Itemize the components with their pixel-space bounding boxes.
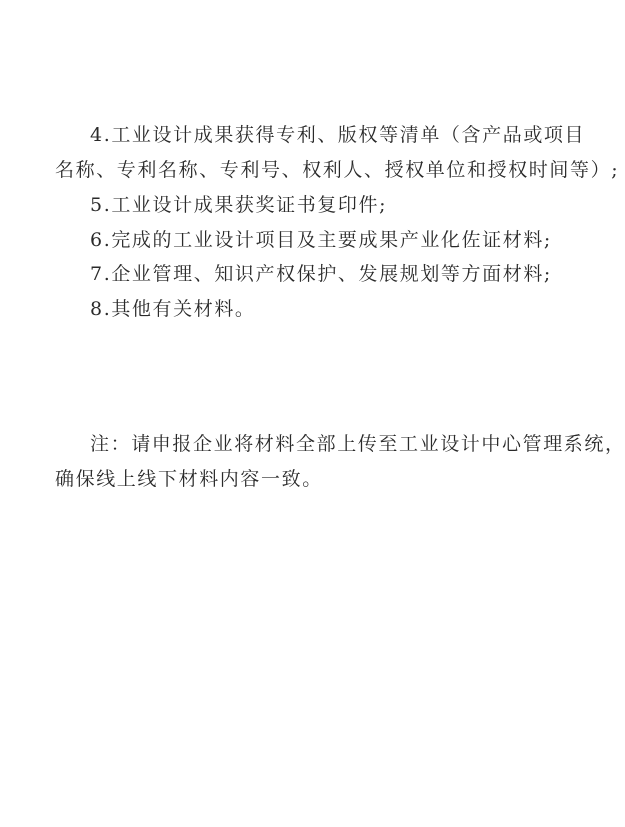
list-item-4-line-2: 名称、专利名称、专利号、权利人、授权单位和授权时间等）; xyxy=(55,158,525,182)
list-item-5: 5.工业设计成果获奖证书复印件; xyxy=(90,193,530,217)
document-page: 4.工业设计成果获得专利、版权等清单（含产品或项目 名称、专利名称、专利号、权利… xyxy=(0,0,625,827)
list-item-8: 8.其他有关材料。 xyxy=(90,297,530,321)
list-item-6: 6.完成的工业设计项目及主要成果产业化佐证材料; xyxy=(90,228,530,252)
list-item-7: 7.企业管理、知识产权保护、发展规划等方面材料; xyxy=(90,262,530,286)
note-line-1: 注：请申报企业将材料全部上传至工业设计中心管理系统，并 xyxy=(90,432,530,456)
list-item-4-line-1: 4.工业设计成果获得专利、版权等清单（含产品或项目 xyxy=(90,123,530,147)
note-line-2: 确保线上线下材料内容一致。 xyxy=(55,467,525,491)
